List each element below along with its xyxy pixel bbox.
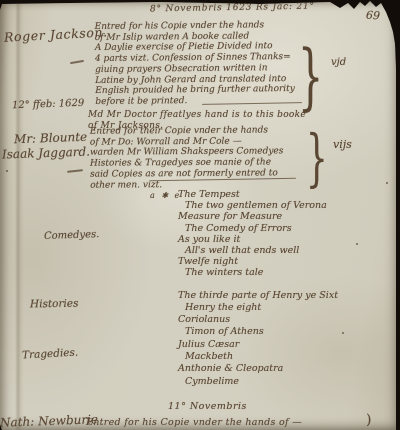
manuscript-line: Entred for their Copie vnder the hands: [90, 125, 283, 137]
section-label-histories: Histories: [30, 298, 79, 311]
play-title: Anthonie & Cleopatra: [178, 363, 338, 375]
play-catalogue: The Tempest The two gentlemen of Verona …: [178, 189, 338, 388]
play-title: All's well that ends well: [178, 245, 338, 256]
annotation-marks: a ✱ e: [150, 191, 181, 200]
play-title: Henry the eight: [178, 302, 338, 314]
play-title: The Comedy of Errors: [178, 223, 338, 234]
ink-speck: [6, 170, 8, 172]
brace-icon: }: [306, 121, 328, 194]
play-title: Julius Cæsar: [178, 339, 338, 351]
section-label-comedies: Comedyes.: [44, 229, 100, 242]
brace-icon: ): [366, 412, 371, 428]
manuscript-line: before it be printed.: [95, 95, 295, 108]
margin-name-blount: Mr: Blounte: [14, 130, 88, 147]
play-title: The winters tale: [178, 267, 338, 278]
play-title: The thirde parte of Henry ye Sixt: [178, 290, 338, 302]
play-title: The Tempest: [178, 189, 338, 200]
ink-dash: [67, 169, 83, 172]
ink-speck: [356, 243, 358, 245]
play-title: The two gentlemen of Verona: [178, 200, 338, 211]
header-date: 8° Novembris 1623 Rs Jac: 21°: [150, 2, 315, 15]
fee-amount: vjd: [331, 57, 346, 68]
play-title: Twelfe night: [178, 256, 338, 267]
play-title: Coriolanus: [178, 314, 338, 326]
play-title: Timon of Athens: [178, 326, 338, 338]
section-label-tragedies: Tragedies.: [22, 347, 79, 362]
manuscript-line: Entred for his Copie vnder the hands of …: [86, 417, 302, 428]
ink-speck: [342, 332, 344, 334]
entry-jackson-body: Entred for his Copie vnder the hands of …: [95, 20, 295, 108]
play-title: Cymbelime: [178, 376, 338, 388]
play-title: As you like it: [178, 234, 338, 245]
manuscript-line: English prouided he bring further author…: [95, 84, 295, 97]
ink-dash: [70, 60, 84, 64]
brace-icon: }: [298, 34, 323, 118]
fee-amount: vijs: [333, 138, 352, 151]
register-page: 8° Novembris 1623 Rs Jac: 21° 69 Roger J…: [0, 0, 400, 430]
margin-date-memo: 12° ffeb: 1629: [12, 98, 85, 112]
margin-name-jaggard: Isaak Jaggard.: [2, 144, 90, 161]
footer-date-heading: 11° Novembris: [168, 401, 247, 412]
margin-name-newburie: Nath: Newburie: [0, 412, 98, 429]
play-title: Measure for Measure: [178, 211, 338, 222]
folio-number: 69: [366, 9, 381, 23]
ink-speck: [386, 182, 388, 184]
manuscript-line: Md Mr Doctor ffeatlyes hand is to this b…: [88, 110, 306, 121]
page-crease: [15, 0, 24, 430]
entry-folio-body: Entred for their Copie vnder the hands o…: [90, 125, 284, 191]
manuscript-scan: 8° Novembris 1623 Rs Jac: 21° 69 Roger J…: [0, 0, 400, 430]
play-title: Mackbeth: [178, 351, 338, 363]
